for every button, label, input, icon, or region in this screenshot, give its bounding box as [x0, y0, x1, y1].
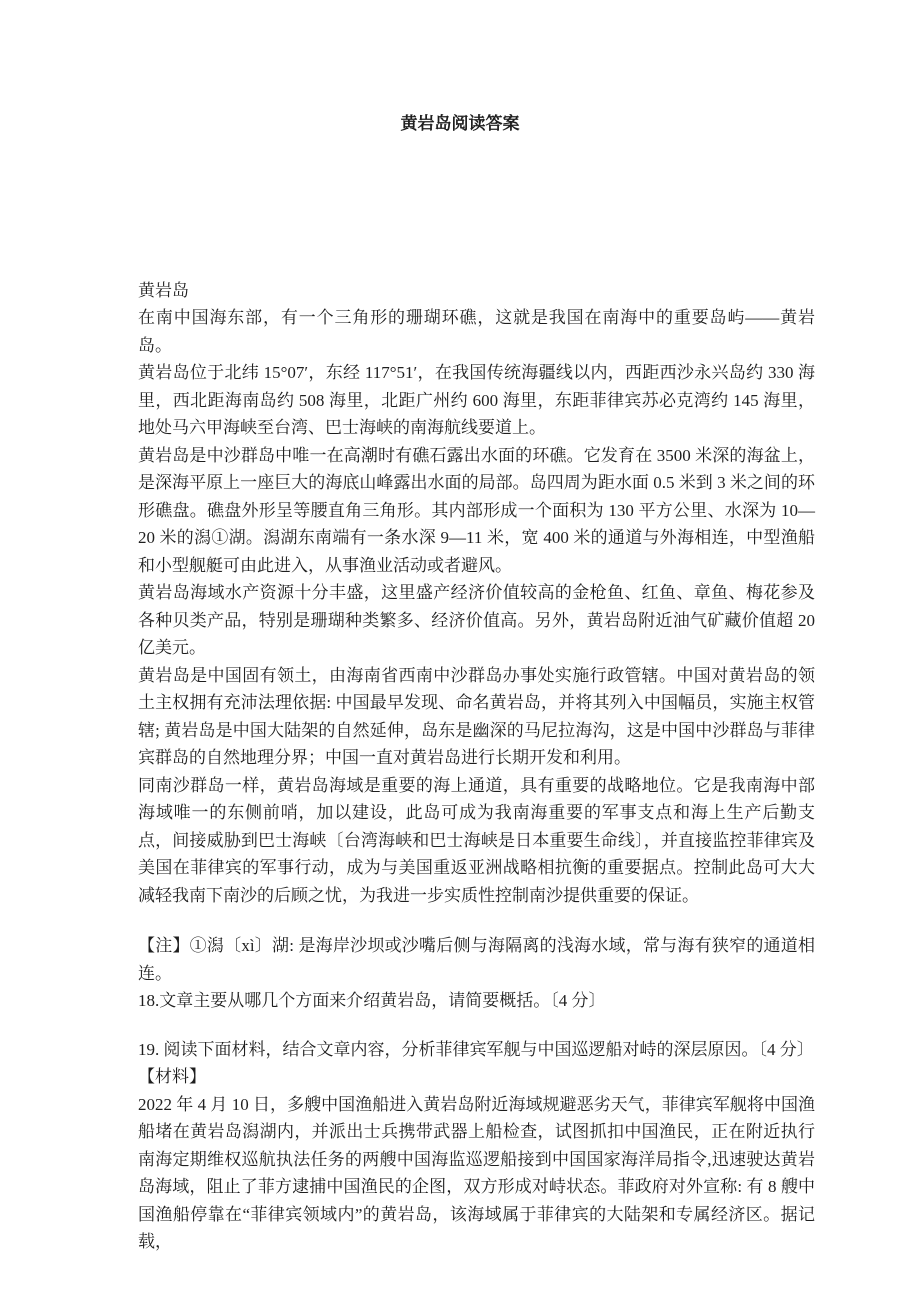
article-paragraph-2: 黄岩岛位于北纬 15°07′，东经 117°51′，在我国传统海疆线以内，西距西…: [138, 359, 815, 442]
question-18: 18.文章主要从哪几个方面来介绍黄岩岛，请简要概括。〔4 分〕: [138, 987, 815, 1015]
article-paragraph-6: 同南沙群岛一样，黄岩岛海域是重要的海上通道，具有重要的战略地位。它是我南海中部海…: [138, 772, 815, 910]
footnote: 【注】①潟〔xì〕湖: 是海岸沙坝或沙嘴后侧与海隔离的浅海水域，常与海有狭窄的通…: [138, 932, 815, 987]
footnote-section: 【注】①潟〔xì〕湖: 是海岸沙坝或沙嘴后侧与海隔离的浅海水域，常与海有狭窄的通…: [138, 932, 815, 1015]
article-section: 黄岩岛 在南中国海东部，有一个三角形的珊瑚环礁，这就是我国在南海中的重要岛屿——…: [138, 277, 815, 910]
article-paragraph-3: 黄岩岛是中沙群岛中唯一在高潮时有礁石露出水面的环礁。它发育在 3500 米深的海…: [138, 442, 815, 580]
page-title: 黄岩岛阅读答案: [0, 0, 920, 138]
article-paragraph-1: 在南中国海东部，有一个三角形的珊瑚环礁，这就是我国在南海中的重要岛屿——黄岩岛。: [138, 304, 815, 359]
article-paragraph-4: 黄岩岛海域水产资源十分丰盛，这里盛产经济价值较高的金枪鱼、红鱼、章鱼、梅花参及各…: [138, 579, 815, 662]
article-paragraph-5: 黄岩岛是中国固有领土，由海南省西南中沙群岛办事处实施行政管辖。中国对黄岩岛的领土…: [138, 662, 815, 772]
article-heading: 黄岩岛: [138, 277, 815, 305]
material-text: 2022 年 4 月 10 日，多艘中国渔船进入黄岩岛附近海域规避恶劣天气，菲律…: [138, 1091, 815, 1256]
question-19: 19. 阅读下面材料，结合文章内容，分析菲律宾军舰与中国巡逻船对峙的深层原因。〔…: [138, 1036, 815, 1064]
material-label: 【材料】: [138, 1063, 815, 1091]
question-19-section: 19. 阅读下面材料，结合文章内容，分析菲律宾军舰与中国巡逻船对峙的深层原因。〔…: [138, 1036, 815, 1256]
document-body: 黄岩岛 在南中国海东部，有一个三角形的珊瑚环礁，这就是我国在南海中的重要岛屿——…: [138, 277, 815, 1256]
document-page: 黄岩岛阅读答案 黄岩岛 在南中国海东部，有一个三角形的珊瑚环礁，这就是我国在南海…: [0, 0, 920, 1302]
